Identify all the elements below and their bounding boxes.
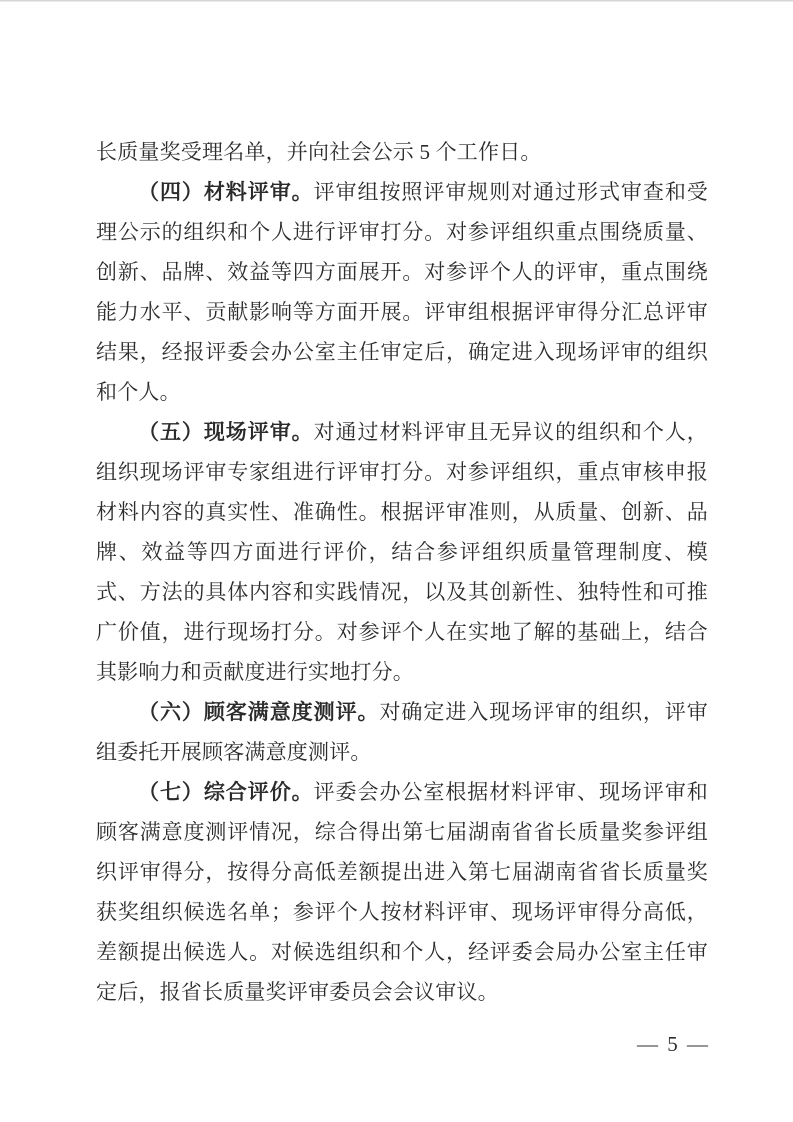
paragraph-lead-bold: （四）材料评审。 <box>138 180 314 204</box>
document-body: 长质量奖受理名单，并向社会公示 5 个工作日。 （四）材料评审。评审组按照评审规… <box>96 132 708 1012</box>
paragraph-lead-bold: （六）顾客满意度测评。 <box>138 700 379 724</box>
paragraph-text: 对通过材料评审且无异议的组织和个人，组织现场评审专家组进行评审打分。对参评组织，… <box>96 420 708 684</box>
paragraph-item-4-material-review: （四）材料评审。评审组按照评审规则对通过形式审查和受理公示的组织和个人进行评审打… <box>96 172 708 412</box>
paragraph-item-7-comprehensive-evaluation: （七）综合评价。评委会办公室根据材料评审、现场评审和顾客满意度测评情况，综合得出… <box>96 772 708 1012</box>
paragraph-lead-bold: （五）现场评审。 <box>138 420 314 444</box>
paragraph-text: 评委会办公室根据材料评审、现场评审和顾客满意度测评情况，综合得出第七届湖南省省长… <box>96 780 708 1004</box>
page-footer: — 5 — <box>96 1031 708 1057</box>
scan-edge-top <box>0 0 793 2</box>
page-number: — 5 — <box>637 1032 708 1056</box>
paragraph-text: 评审组按照评审规则对通过形式审查和受理公示的组织和个人进行评审打分。对参评组织重… <box>96 180 708 404</box>
paragraph-item-5-onsite-review: （五）现场评审。对通过材料评审且无异议的组织和个人，组织现场评审专家组进行评审打… <box>96 412 708 692</box>
paragraph-item-6-customer-satisfaction: （六）顾客满意度测评。对确定进入现场评审的组织，评审组委托开展顾客满意度测评。 <box>96 692 708 772</box>
paragraph-text: 长质量奖受理名单，并向社会公示 5 个工作日。 <box>96 140 542 164</box>
paragraph-lead-bold: （七）综合评价。 <box>138 780 314 804</box>
document-page: 长质量奖受理名单，并向社会公示 5 个工作日。 （四）材料评审。评审组按照评审规… <box>0 0 793 1122</box>
paragraph-continuation: 长质量奖受理名单，并向社会公示 5 个工作日。 <box>96 132 708 172</box>
